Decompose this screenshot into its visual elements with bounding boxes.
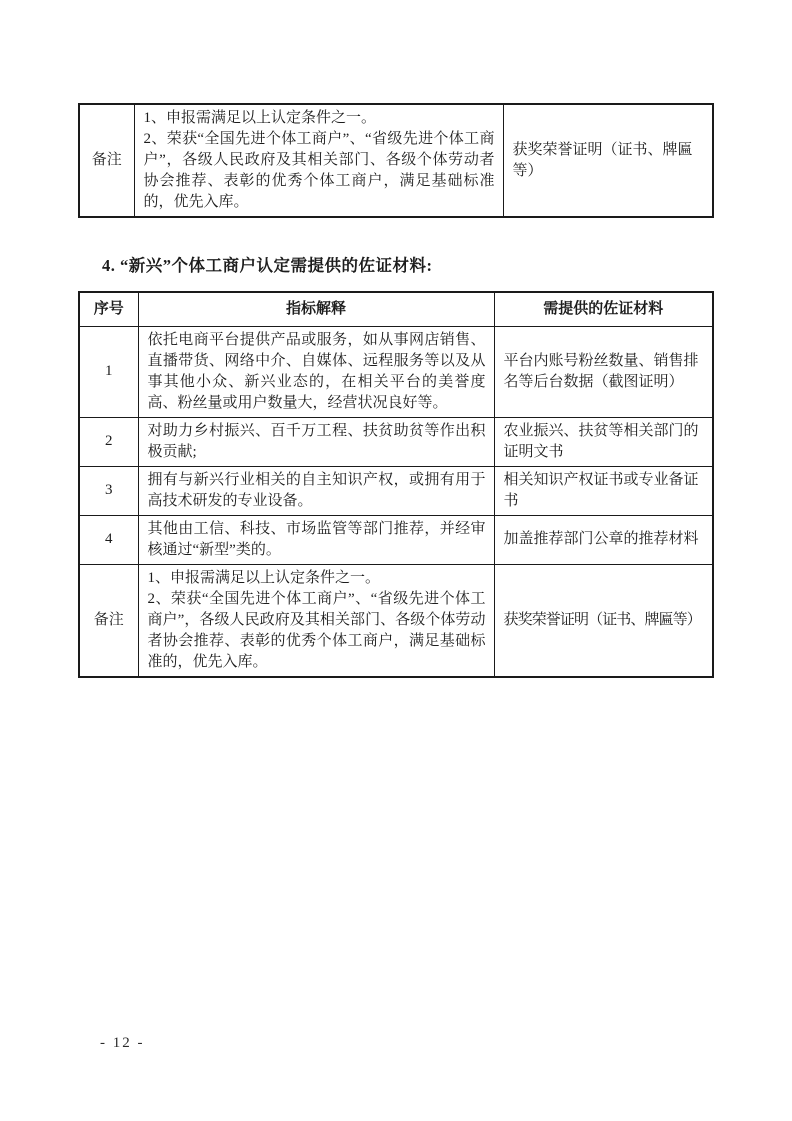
remark-explanation-cell: 1、申报需满足以上认定条件之一。 2、荣获“全国先进个体工商户”、“省级先进个体… bbox=[134, 104, 503, 217]
section-heading: 4. “新兴”个体工商户认定需提供的佐证材料: bbox=[102, 252, 433, 276]
table-row: 1 依托电商平台提供产品或服务，如从事网店销售、直播带货、网络中介、自媒体、远程… bbox=[79, 326, 713, 417]
document-page: 备注 1、申报需满足以上认定条件之一。 2、荣获“全国先进个体工商户”、“省级先… bbox=[0, 0, 792, 1121]
row-no-cell: 1 bbox=[79, 326, 138, 417]
remark-label-cell: 备注 bbox=[79, 564, 138, 677]
remark-continuation-table: 备注 1、申报需满足以上认定条件之一。 2、荣获“全国先进个体工商户”、“省级先… bbox=[78, 103, 714, 218]
row-materials-cell: 农业振兴、扶贫等相关部门的证明文书 bbox=[494, 417, 713, 466]
remark-materials-cell: 获奖荣誉证明（证书、牌匾等） bbox=[494, 564, 713, 677]
table-row: 备注 1、申报需满足以上认定条件之一。 2、荣获“全国先进个体工商户”、“省级先… bbox=[79, 564, 713, 677]
header-no: 序号 bbox=[79, 292, 138, 326]
row-explanation-cell: 其他由工信、科技、市场监管等部门推荐，并经审核通过“新型”类的。 bbox=[138, 515, 494, 564]
table-row: 备注 1、申报需满足以上认定条件之一。 2、荣获“全国先进个体工商户”、“省级先… bbox=[79, 104, 713, 217]
row-materials-cell: 加盖推荐部门公章的推荐材料 bbox=[494, 515, 713, 564]
remark-materials-cell: 获奖荣誉证明（证书、牌匾等） bbox=[503, 104, 713, 217]
page-number: - 12 - bbox=[100, 1035, 145, 1052]
row-explanation-cell: 依托电商平台提供产品或服务，如从事网店销售、直播带货、网络中介、自媒体、远程服务… bbox=[138, 326, 494, 417]
row-explanation-cell: 拥有与新兴行业相关的自主知识产权，或拥有用于高技术研发的专业设备。 bbox=[138, 466, 494, 515]
row-materials-cell: 相关知识产权证书或专业备证书 bbox=[494, 466, 713, 515]
evidence-materials-table: 序号 指标解释 需提供的佐证材料 1 依托电商平台提供产品或服务，如从事网店销售… bbox=[78, 291, 714, 678]
row-no-cell: 4 bbox=[79, 515, 138, 564]
table-row: 2 对助力乡村振兴、百千万工程、扶贫助贫等作出积极贡献; 农业振兴、扶贫等相关部… bbox=[79, 417, 713, 466]
row-explanation-cell: 对助力乡村振兴、百千万工程、扶贫助贫等作出积极贡献; bbox=[138, 417, 494, 466]
header-explanation: 指标解释 bbox=[138, 292, 494, 326]
remark-label-cell: 备注 bbox=[79, 104, 134, 217]
table-header-row: 序号 指标解释 需提供的佐证材料 bbox=[79, 292, 713, 326]
row-no-cell: 2 bbox=[79, 417, 138, 466]
header-materials: 需提供的佐证材料 bbox=[494, 292, 713, 326]
row-materials-cell: 平台内账号粉丝数量、销售排名等后台数据（截图证明） bbox=[494, 326, 713, 417]
table-row: 4 其他由工信、科技、市场监管等部门推荐，并经审核通过“新型”类的。 加盖推荐部… bbox=[79, 515, 713, 564]
table-row: 3 拥有与新兴行业相关的自主知识产权，或拥有用于高技术研发的专业设备。 相关知识… bbox=[79, 466, 713, 515]
row-no-cell: 3 bbox=[79, 466, 138, 515]
remark-explanation-cell: 1、申报需满足以上认定条件之一。 2、荣获“全国先进个体工商户”、“省级先进个体… bbox=[138, 564, 494, 677]
